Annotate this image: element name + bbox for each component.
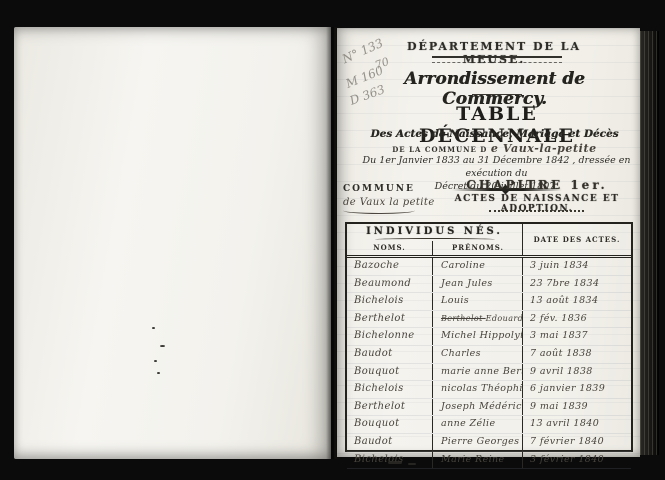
chapter-title: CHAPITRE 1er. bbox=[437, 178, 637, 192]
table-decennale-page: N° 133 70 M 160 D 363 DÉPARTEMENT DE LA … bbox=[337, 28, 640, 457]
arrondissement-rule bbox=[472, 94, 522, 95]
commune-block-label: COMMUNE bbox=[343, 184, 415, 194]
cell-nom: Baudot bbox=[347, 434, 433, 451]
cell-nom: Bichelois bbox=[347, 452, 433, 469]
cell-nom: Bouquot bbox=[347, 364, 433, 381]
cell-date: 9 avril 1838 bbox=[523, 364, 631, 381]
cell-prenom: Marie Reine bbox=[433, 452, 523, 469]
cell-nom: Bichelonne bbox=[347, 328, 433, 345]
sub-columns: NOMS. PRÉNOMS. bbox=[347, 241, 522, 255]
cell-nom: Baudot bbox=[347, 346, 433, 363]
commune-line: DE LA COMMUNE D e Vaux-la-petite bbox=[367, 142, 622, 155]
cell-prenom: anne Zélie bbox=[433, 416, 523, 433]
cell-prenom: Jean Jules bbox=[433, 276, 523, 293]
dotted-rule bbox=[489, 210, 584, 212]
table-row: BaudotCharles7 août 1838 bbox=[347, 346, 631, 364]
cell-prenom: marie anne Berthe bbox=[433, 364, 523, 381]
cell-nom: Beaumond bbox=[347, 276, 433, 293]
cell-nom: Bouquot bbox=[347, 416, 433, 433]
table-row: BeaumondJean Jules23 7bre 1834 bbox=[347, 276, 631, 294]
table-row: BerthelotJoseph Médéric9 mai 1839 bbox=[347, 399, 631, 417]
column-header-prenoms: PRÉNOMS. bbox=[433, 241, 523, 255]
page-title: TABLE DÉCENNALE bbox=[377, 103, 617, 147]
table-header: INDIVIDUS NÉS. NOMS. PRÉNOMS. DATE DES A… bbox=[347, 224, 631, 258]
left-blank-page bbox=[14, 27, 331, 459]
table-row: Bicheloisnicolas Théophile6 janvier 1839 bbox=[347, 381, 631, 399]
page-subtitle: Des Actes de Naissance, Mariage et Décès bbox=[367, 128, 622, 140]
cell-date: 7 août 1838 bbox=[523, 346, 631, 363]
table-row: BicheloisLouis13 août 1834 bbox=[347, 293, 631, 311]
table-row: BaudotPierre Georges7 février 1840 bbox=[347, 434, 631, 452]
cell-date: 13 août 1834 bbox=[523, 293, 631, 310]
cell-prenom: Louis bbox=[433, 293, 523, 310]
column-header-noms: NOMS. bbox=[347, 241, 433, 255]
page-stack-edge bbox=[640, 31, 659, 455]
cell-nom: Bichelois bbox=[347, 381, 433, 398]
table-row: BerthelotBerthelot Edouard Hippolyte2 fé… bbox=[347, 311, 631, 329]
handwriting-flourish bbox=[343, 207, 415, 214]
book-scan: { "colors":{"background":"#0b0b0b","pape… bbox=[0, 0, 665, 480]
cell-prenom: Charles bbox=[433, 346, 523, 363]
cell-prenom: nicolas Théophile bbox=[433, 381, 523, 398]
department-underline bbox=[432, 56, 562, 63]
column-header-dates: DATE DES ACTES. bbox=[523, 224, 631, 255]
table-row: Bouquotmarie anne Berthe9 avril 1838 bbox=[347, 364, 631, 382]
cell-date: 6 janvier 1839 bbox=[523, 381, 631, 398]
cell-prenom: Joseph Médéric bbox=[433, 399, 523, 416]
ink-speck bbox=[152, 327, 155, 329]
group-header-individus-nes: INDIVIDUS NÉS. bbox=[347, 224, 522, 237]
cell-date: 9 mai 1839 bbox=[523, 399, 631, 416]
ink-speck bbox=[154, 360, 157, 362]
register-table: INDIVIDUS NÉS. NOMS. PRÉNOMS. DATE DES A… bbox=[345, 222, 633, 452]
ink-speck bbox=[157, 372, 160, 374]
group-header-cell: INDIVIDUS NÉS. NOMS. PRÉNOMS. bbox=[347, 224, 523, 255]
commune-label: DE LA COMMUNE D bbox=[392, 145, 487, 154]
table-row: Bouquotanne Zélie13 avril 1840 bbox=[347, 416, 631, 434]
cell-prenom: Michel Hippolyte bbox=[433, 328, 523, 345]
table-row: BichelonneMichel Hippolyte3 mai 1837 bbox=[347, 328, 631, 346]
cell-date: 3 juin 1834 bbox=[523, 258, 631, 275]
cell-date: 3 février 1840 bbox=[523, 452, 631, 469]
table-body: BazocheCaroline3 juin 1834BeaumondJean J… bbox=[347, 258, 631, 469]
table-row: BazocheCaroline3 juin 1834 bbox=[347, 258, 631, 276]
cell-nom: Bichelois bbox=[347, 293, 433, 310]
scan-smudge bbox=[388, 461, 402, 464]
cell-date: 13 avril 1840 bbox=[523, 416, 631, 433]
cell-date: 7 février 1840 bbox=[523, 434, 631, 451]
cell-nom: Berthelot bbox=[347, 311, 433, 328]
cell-date: 23 7bre 1834 bbox=[523, 276, 631, 293]
cell-nom: Berthelot bbox=[347, 399, 433, 416]
cell-prenom: Pierre Georges bbox=[433, 434, 523, 451]
ink-speck bbox=[160, 345, 165, 347]
cell-prenom: Caroline bbox=[433, 258, 523, 275]
scan-smudge bbox=[408, 463, 416, 465]
cell-nom: Bazoche bbox=[347, 258, 433, 275]
cell-date: 3 mai 1837 bbox=[523, 328, 631, 345]
cell-prenom: Berthelot Edouard Hippolyte bbox=[433, 311, 523, 328]
commune-name-handwritten: e Vaux-la-petite bbox=[491, 142, 597, 155]
cell-date: 2 fév. 1836 bbox=[523, 311, 631, 328]
struck-text: Berthelot bbox=[441, 314, 486, 323]
